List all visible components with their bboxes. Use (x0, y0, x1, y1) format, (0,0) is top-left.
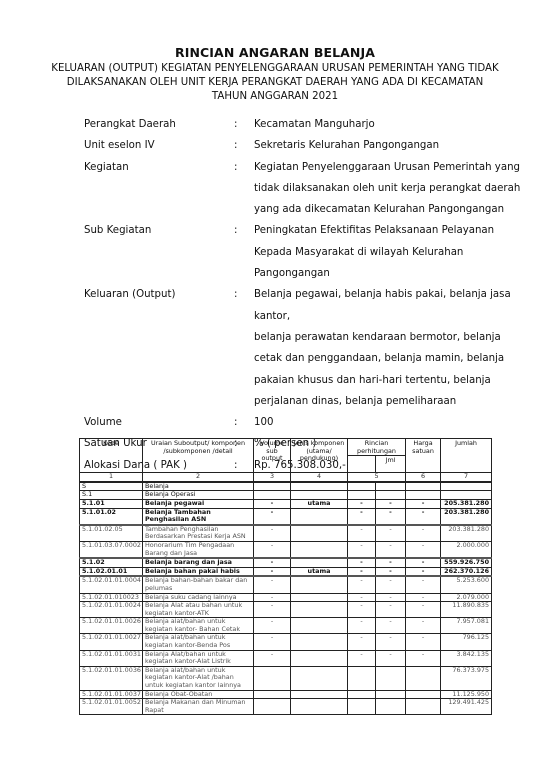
cell-jenis (291, 482, 348, 491)
cell-uraian: Belanja pegawai (143, 499, 254, 508)
cell-jumlah: 203.381.280 (441, 508, 492, 525)
header-volume: Volume sub output (254, 439, 291, 473)
cell-jumlah: 129.491.425 (441, 699, 492, 715)
table-row: 5.1.02.01.01.0027Belanja alat/bahan untu… (80, 634, 492, 650)
cell-r2: - (376, 618, 406, 634)
cell-volume (254, 699, 291, 715)
column-number: 7 (441, 473, 492, 482)
cell-r1: - (348, 525, 376, 542)
cell-jenis (291, 602, 348, 618)
cell-jumlah: 2.079.000 (441, 593, 492, 602)
cell-jenis (291, 650, 348, 666)
info-label: Volume (84, 412, 234, 433)
cell-kode: 5.1.02.01.01.0024 (80, 602, 143, 618)
cell-uraian: Belanja Makanan dan Minuman Rapat (143, 699, 254, 715)
header-rincian-sub1 (348, 456, 376, 473)
cell-kode: 5.1.02.01.01.0004 (80, 576, 143, 593)
info-value-line: yang ada dikecamatan Kelurahan Pangongan… (254, 199, 504, 220)
cell-harga (406, 482, 441, 491)
table-row: 5.1.02.01.01Belanja bahan pakai habis-ut… (80, 567, 492, 576)
cell-uraian: Belanja alat/bahan untuk kegiatan kantor… (143, 666, 254, 690)
cell-uraian: Belanja bahan pakai habis (143, 567, 254, 576)
info-label: Kegiatan (84, 157, 234, 221)
cell-jumlah: 559.926.750 (441, 558, 492, 567)
cell-harga: - (406, 567, 441, 576)
info-value: Peningkatan Efektifitas Pelaksanaan Pela… (254, 220, 504, 284)
info-value-line: Kegiatan Penyelenggaraan Urusan Pemerint… (254, 157, 504, 178)
cell-uraian: Belanja alat/bahan untuk kegiatan kantor… (143, 634, 254, 650)
info-colon: : (234, 220, 254, 284)
info-value: Sekretaris Kelurahan Pangongangan (254, 135, 504, 156)
cell-kode: 5.1.01.02.05 (80, 525, 143, 542)
cell-volume: - (254, 602, 291, 618)
cell-kode: 5.1.02.01.01.0052 (80, 699, 143, 715)
cell-kode: 5.1.02.01.01.0031 (80, 650, 143, 666)
info-label: Unit eselon IV (84, 135, 234, 156)
document-title: RINCIAN ANGARAN BELANJA (0, 45, 550, 60)
cell-uraian: Belanja barang dan jasa (143, 558, 254, 567)
cell-jumlah: 205.381.280 (441, 499, 492, 508)
cell-kode: S.1 (80, 491, 143, 500)
cell-r1: - (348, 499, 376, 508)
cell-kode: 5.1.01 (80, 499, 143, 508)
cell-jumlah: 5.253.600 (441, 576, 492, 593)
info-value-line: belanja perawatan kendaraan bermotor, be… (254, 327, 504, 348)
cell-r2: - (376, 593, 406, 602)
cell-jenis: utama (291, 499, 348, 508)
cell-r1: - (348, 618, 376, 634)
cell-volume: - (254, 567, 291, 576)
table-row: 5.1.02.01.01.0036Belanja alat/bahan untu… (80, 666, 492, 690)
column-number: 6 (406, 473, 441, 482)
cell-volume: - (254, 508, 291, 525)
cell-r2: - (376, 525, 406, 542)
column-number: 1 (80, 473, 143, 482)
subtitle-line: TAHUN ANGGARAN 2021 (40, 90, 510, 104)
header-kode: Kode (80, 439, 143, 473)
cell-kode: 5.1.02.01.01.0036 (80, 666, 143, 690)
cell-r2: - (376, 567, 406, 576)
header-jumlah: Jumlah (441, 439, 492, 473)
cell-volume (254, 690, 291, 699)
cell-volume (254, 482, 291, 491)
info-value-line: Kecamatan Manguharjo (254, 114, 504, 135)
cell-jumlah: 2.000.000 (441, 541, 492, 558)
info-value: 100 (254, 412, 504, 433)
cell-harga (406, 699, 441, 715)
cell-r1: - (348, 508, 376, 525)
cell-volume: - (254, 558, 291, 567)
cell-uraian: Belanja (143, 482, 254, 491)
column-number: 5 (348, 473, 406, 482)
cell-jenis (291, 508, 348, 525)
table-row: 5.1.02Belanja barang dan jasa----559.926… (80, 558, 492, 567)
cell-jenis: utama (291, 567, 348, 576)
cell-jumlah: 203.381.280 (441, 525, 492, 542)
info-section: Perangkat Daerah:Kecamatan ManguharjoUni… (84, 114, 504, 476)
subtitle-line: KELUARAN (OUTPUT) KEGIATAN PENYELENGGARA… (40, 62, 510, 76)
table-row: 5.1.02.01.01.0037Belanja Obat-Obatan11.1… (80, 690, 492, 699)
cell-r1: - (348, 650, 376, 666)
header-rincian: Rincian perhitungan (348, 439, 406, 456)
cell-kode: 5.1.02.01.01.0037 (80, 690, 143, 699)
cell-r1: - (348, 567, 376, 576)
cell-jumlah (441, 491, 492, 500)
column-number: 4 (291, 473, 348, 482)
info-colon: : (234, 114, 254, 135)
document-page: RINCIAN ANGARAN BELANJA KELUARAN (OUTPUT… (0, 0, 550, 777)
cell-uraian: Tambahan Penghasilan Berdasarkan Prestas… (143, 525, 254, 542)
cell-volume: - (254, 499, 291, 508)
column-number: 2 (143, 473, 254, 482)
info-value-line: Sekretaris Kelurahan Pangongangan (254, 135, 504, 156)
cell-kode: 5.1.01.03.07.0002 (80, 541, 143, 558)
info-value-line: pakaian khusus dan hari-hari tertentu, b… (254, 370, 504, 391)
cell-jenis (291, 558, 348, 567)
cell-jenis (291, 699, 348, 715)
cell-volume (254, 666, 291, 690)
cell-kode: 5.1.02.01.01.0026 (80, 618, 143, 634)
info-colon: : (234, 157, 254, 221)
cell-r1 (348, 482, 376, 491)
cell-r2 (376, 482, 406, 491)
cell-jumlah: 11.125.950 (441, 690, 492, 699)
info-value: Kecamatan Manguharjo (254, 114, 504, 135)
cell-r2: - (376, 541, 406, 558)
cell-harga: - (406, 558, 441, 567)
table-row: 5.1.01Belanja pegawai-utama---205.381.28… (80, 499, 492, 508)
cell-r2: - (376, 576, 406, 593)
cell-r2: - (376, 508, 406, 525)
info-value-line: 100 (254, 412, 504, 433)
info-colon: : (234, 412, 254, 433)
cell-uraian: Honorarium Tim Pengadaan Barang dan Jasa (143, 541, 254, 558)
budget-table: Kode Uraian Suboutput/ komponen /subkomp… (79, 438, 492, 715)
cell-kode: S (80, 482, 143, 491)
cell-harga (406, 666, 441, 690)
cell-r2 (376, 690, 406, 699)
cell-r2: - (376, 558, 406, 567)
info-value-line: perjalanan dinas, belanja pemeliharaan (254, 391, 504, 412)
cell-harga (406, 690, 441, 699)
table-row: 5.1.02.01.010023Belanja suku cadang lain… (80, 593, 492, 602)
cell-jenis (291, 541, 348, 558)
info-value-line: Pangongangan (254, 263, 504, 284)
cell-jenis (291, 690, 348, 699)
subtitle-line: DILAKSANAKAN OLEH UNIT KERJA PERANGKAT D… (40, 76, 510, 90)
cell-r2 (376, 491, 406, 500)
info-colon: : (234, 135, 254, 156)
cell-uraian: Belanja Obat-Obatan (143, 690, 254, 699)
column-number: 3 (254, 473, 291, 482)
cell-jumlah: 11.890.835 (441, 602, 492, 618)
cell-jumlah (441, 482, 492, 491)
cell-r1 (348, 699, 376, 715)
cell-jenis (291, 618, 348, 634)
cell-uraian: Belanja bahan-bahan bakar dan pelumas (143, 576, 254, 593)
cell-harga: - (406, 602, 441, 618)
cell-volume: - (254, 525, 291, 542)
info-label: Keluaran (Output) (84, 284, 234, 412)
cell-uraian: Belanja Alat atau bahan untuk kegiatan k… (143, 602, 254, 618)
info-value: Kegiatan Penyelenggaraan Urusan Pemerint… (254, 157, 504, 221)
info-label: Sub Kegiatan (84, 220, 234, 284)
cell-kode: 5.1.01.02 (80, 508, 143, 525)
table-row: 5.1.02.01.01.0052Belanja Makanan dan Min… (80, 699, 492, 715)
table-row: 5.1.02.01.01.0024Belanja Alat atau bahan… (80, 602, 492, 618)
cell-jenis (291, 593, 348, 602)
info-label: Perangkat Daerah (84, 114, 234, 135)
cell-harga: - (406, 618, 441, 634)
cell-kode: 5.1.02 (80, 558, 143, 567)
cell-r2: - (376, 499, 406, 508)
cell-r2: - (376, 634, 406, 650)
cell-uraian: Belanja Alat/bahan untuk kegiatan kantor… (143, 650, 254, 666)
cell-volume (254, 491, 291, 500)
cell-r2 (376, 699, 406, 715)
cell-harga: - (406, 593, 441, 602)
table-row: 5.1.01.02.05Tambahan Penghasilan Berdasa… (80, 525, 492, 542)
table-row: 5.1.02.01.01.0026Belanja alat/bahan untu… (80, 618, 492, 634)
cell-uraian: Belanja suku cadang lainnya (143, 593, 254, 602)
cell-r1 (348, 491, 376, 500)
header-uraian: Uraian Suboutput/ komponen /subkomponen … (143, 439, 254, 473)
info-value-line: cetak dan penggandaan, belanja mamin, be… (254, 348, 504, 369)
cell-uraian: Belanja Operasi (143, 491, 254, 500)
cell-kode: 5.1.02.01.010023 (80, 593, 143, 602)
cell-r2 (376, 666, 406, 690)
cell-r2: - (376, 650, 406, 666)
cell-r1: - (348, 634, 376, 650)
cell-r1: - (348, 593, 376, 602)
table-row: SBelanja (80, 482, 492, 491)
cell-jenis (291, 525, 348, 542)
cell-r1: - (348, 576, 376, 593)
header-jml: Jml (376, 456, 406, 473)
cell-r2: - (376, 602, 406, 618)
info-row: Sub Kegiatan:Peningkatan Efektifitas Pel… (84, 220, 504, 284)
cell-harga: - (406, 576, 441, 593)
cell-r1 (348, 690, 376, 699)
cell-r1: - (348, 541, 376, 558)
cell-jenis (291, 576, 348, 593)
cell-r1 (348, 666, 376, 690)
document-subtitle: KELUARAN (OUTPUT) KEGIATAN PENYELENGGARA… (40, 62, 510, 104)
cell-harga: - (406, 634, 441, 650)
info-value-line: Peningkatan Efektifitas Pelaksanaan Pela… (254, 220, 504, 241)
info-value-line: kantor, (254, 306, 504, 327)
cell-jumlah: 3.842.135 (441, 650, 492, 666)
cell-volume: - (254, 541, 291, 558)
cell-harga: - (406, 525, 441, 542)
table-row: S.1Belanja Operasi (80, 491, 492, 500)
info-value-line: Kepada Masyarakat di wilayah Kelurahan (254, 242, 504, 263)
table-row: 5.1.01.03.07.0002Honorarium Tim Pengadaa… (80, 541, 492, 558)
table-row: 5.1.02.01.01.0031Belanja Alat/bahan untu… (80, 650, 492, 666)
cell-volume: - (254, 618, 291, 634)
cell-uraian: Belanja alat/bahan untuk kegiatan kantor… (143, 618, 254, 634)
info-value-line: Belanja pegawai, belanja habis pakai, be… (254, 284, 504, 305)
info-colon: : (234, 284, 254, 412)
cell-harga: - (406, 541, 441, 558)
info-value: Belanja pegawai, belanja habis pakai, be… (254, 284, 504, 412)
cell-harga (406, 491, 441, 500)
cell-jumlah: 76.373.975 (441, 666, 492, 690)
table-row: 5.1.01.02Belanja Tambahan Penghasilan AS… (80, 508, 492, 525)
cell-harga: - (406, 499, 441, 508)
info-row: Volume:100 (84, 412, 504, 433)
table-row: 5.1.02.01.01.0004Belanja bahan-bahan bak… (80, 576, 492, 593)
cell-r1: - (348, 558, 376, 567)
info-row: Unit eselon IV:Sekretaris Kelurahan Pang… (84, 135, 504, 156)
cell-jumlah: 262.370.126 (441, 567, 492, 576)
info-row: Perangkat Daerah:Kecamatan Manguharjo (84, 114, 504, 135)
cell-harga: - (406, 650, 441, 666)
cell-jenis (291, 634, 348, 650)
cell-jumlah: 7.957.081 (441, 618, 492, 634)
cell-volume: - (254, 576, 291, 593)
cell-uraian: Belanja Tambahan Penghasilan ASN (143, 508, 254, 525)
cell-volume: - (254, 634, 291, 650)
header-harga: Harga satuan (406, 439, 441, 473)
cell-kode: 5.1.02.01.01.0027 (80, 634, 143, 650)
column-number-row: 1 2 3 4 5 6 7 (80, 473, 492, 482)
info-value-line: tidak dilaksanakan oleh unit kerja peran… (254, 178, 504, 199)
cell-r1: - (348, 602, 376, 618)
cell-harga: - (406, 508, 441, 525)
cell-volume: - (254, 593, 291, 602)
header-jenis: Jenis komponen (utama/ pendukung) (291, 439, 348, 473)
cell-kode: 5.1.02.01.01 (80, 567, 143, 576)
cell-jenis (291, 491, 348, 500)
info-row: Keluaran (Output):Belanja pegawai, belan… (84, 284, 504, 412)
cell-jumlah: 796.125 (441, 634, 492, 650)
cell-volume: - (254, 650, 291, 666)
cell-jenis (291, 666, 348, 690)
info-row: Kegiatan:Kegiatan Penyelenggaraan Urusan… (84, 157, 504, 221)
